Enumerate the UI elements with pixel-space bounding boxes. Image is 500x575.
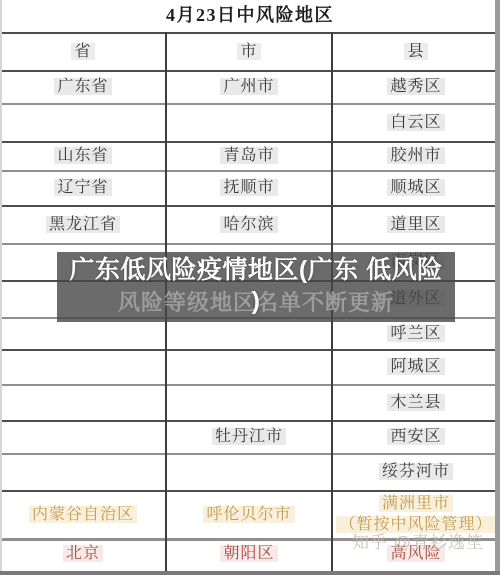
table-row: 白云区 bbox=[0, 103, 500, 141]
header-cell-province: 省 bbox=[0, 42, 166, 63]
cell-text: 内蒙谷自治区 bbox=[29, 506, 137, 523]
header-text-city: 市 bbox=[237, 43, 260, 60]
table-cell-province: 北京 bbox=[0, 544, 166, 565]
table-cell-county: 阿城区 bbox=[332, 357, 500, 378]
cell-text: 抚顺市 bbox=[220, 179, 277, 196]
cell-text: 呼兰区 bbox=[387, 325, 444, 342]
table-cell-province: 山东省 bbox=[0, 146, 166, 167]
table-cell-province: 辽宁省 bbox=[0, 178, 166, 199]
cell-text: 呼伦贝尔市 bbox=[203, 506, 294, 523]
cell-text: 越秀区 bbox=[387, 78, 444, 95]
header-cell-city: 市 bbox=[166, 42, 332, 63]
cell-text: 广东省 bbox=[54, 78, 111, 95]
table-row: 阿城区 bbox=[0, 349, 500, 384]
table-row: 黑龙江省哈尔滨道里区 bbox=[0, 205, 500, 243]
cell-text: 青岛市 bbox=[220, 147, 277, 164]
headline-title-line2: ) bbox=[252, 287, 261, 315]
table-cell-county: 越秀区 bbox=[332, 77, 500, 98]
table-row: 绥芬河市 bbox=[0, 453, 500, 490]
cell-text: 黑龙江省 bbox=[46, 216, 120, 233]
table-row: 广东省广州市越秀区 bbox=[0, 70, 500, 103]
table-cell-county: 胶州市 bbox=[332, 146, 500, 167]
table-cell-county: 呼兰区 bbox=[332, 324, 500, 345]
watermark: 知乎 @青衫逸笙 bbox=[352, 528, 484, 553]
table-header-row: 省 市 县 bbox=[0, 32, 500, 70]
risk-area-table-image: 4月23日中风险地区 省 市 县 广东省广州市越秀区白云区山东省青岛市胶州市辽宁… bbox=[0, 0, 500, 575]
cell-text: 顺城区 bbox=[387, 179, 444, 196]
headline-overlay: 风险等级地区名单不断更新 广东低风险疫情地区(广东 低风险 ) bbox=[57, 252, 455, 322]
cell-text: 木兰县 bbox=[387, 394, 444, 411]
cell-text: 朝阳区 bbox=[220, 545, 277, 562]
table-cell-county: 白云区 bbox=[332, 113, 500, 134]
photo-edge-left bbox=[0, 0, 2, 575]
cell-text: 绥芬河市 bbox=[379, 463, 453, 480]
headline-title-line1: 广东低风险疫情地区(广东 低风险 bbox=[69, 256, 442, 284]
table-row: 牡丹江市西安区 bbox=[0, 420, 500, 453]
table-row: 山东省青岛市胶州市 bbox=[0, 141, 500, 170]
cell-text: 北京 bbox=[63, 545, 103, 562]
cell-text: 胶州市 bbox=[387, 147, 444, 164]
headline-title: 广东低风险疫情地区(广东 低风险 ) bbox=[57, 255, 455, 317]
cell-text: 广州市 bbox=[220, 78, 277, 95]
table-row: 木兰县 bbox=[0, 384, 500, 420]
photo-edge-bottom bbox=[0, 571, 500, 575]
table-row: 辽宁省抚顺市顺城区 bbox=[0, 170, 500, 205]
cell-text: 牡丹江市 bbox=[212, 428, 286, 445]
table-cell-county: 道里区 bbox=[332, 215, 500, 236]
table-cell-county: 绥芬河市 bbox=[332, 462, 500, 483]
table-cell-city: 青岛市 bbox=[166, 146, 332, 167]
table-cell-county: 西安区 bbox=[332, 427, 500, 448]
cell-text: 西安区 bbox=[387, 428, 444, 445]
table-cell-county: 顺城区 bbox=[332, 178, 500, 199]
table-cell-county: 木兰县 bbox=[332, 393, 500, 414]
cell-text: 满洲里市 bbox=[379, 495, 453, 512]
page-title: 4月23日中风险地区 bbox=[0, 0, 500, 32]
table-cell-province: 黑龙江省 bbox=[0, 215, 166, 236]
cell-text: 辽宁省 bbox=[54, 179, 111, 196]
table-cell-city: 呼伦贝尔市 bbox=[166, 505, 332, 526]
table-cell-city: 朝阳区 bbox=[166, 544, 332, 565]
header-text-county: 县 bbox=[404, 43, 427, 60]
cell-text: 山东省 bbox=[54, 147, 111, 164]
header-cell-county: 县 bbox=[332, 42, 500, 63]
header-text-province: 省 bbox=[71, 43, 94, 60]
cell-text: 阿城区 bbox=[387, 358, 444, 375]
table-cell-province: 内蒙谷自治区 bbox=[0, 505, 166, 526]
table-cell-city: 哈尔滨 bbox=[166, 215, 332, 236]
cell-text: 道里区 bbox=[387, 216, 444, 233]
cell-text: 哈尔滨 bbox=[220, 216, 277, 233]
table-cell-city: 广州市 bbox=[166, 77, 332, 98]
photo-edge-right bbox=[495, 0, 500, 575]
cell-text: 白云区 bbox=[387, 114, 444, 131]
table-cell-province: 广东省 bbox=[0, 77, 166, 98]
table-cell-city: 抚顺市 bbox=[166, 178, 332, 199]
table-cell-city: 牡丹江市 bbox=[166, 427, 332, 448]
